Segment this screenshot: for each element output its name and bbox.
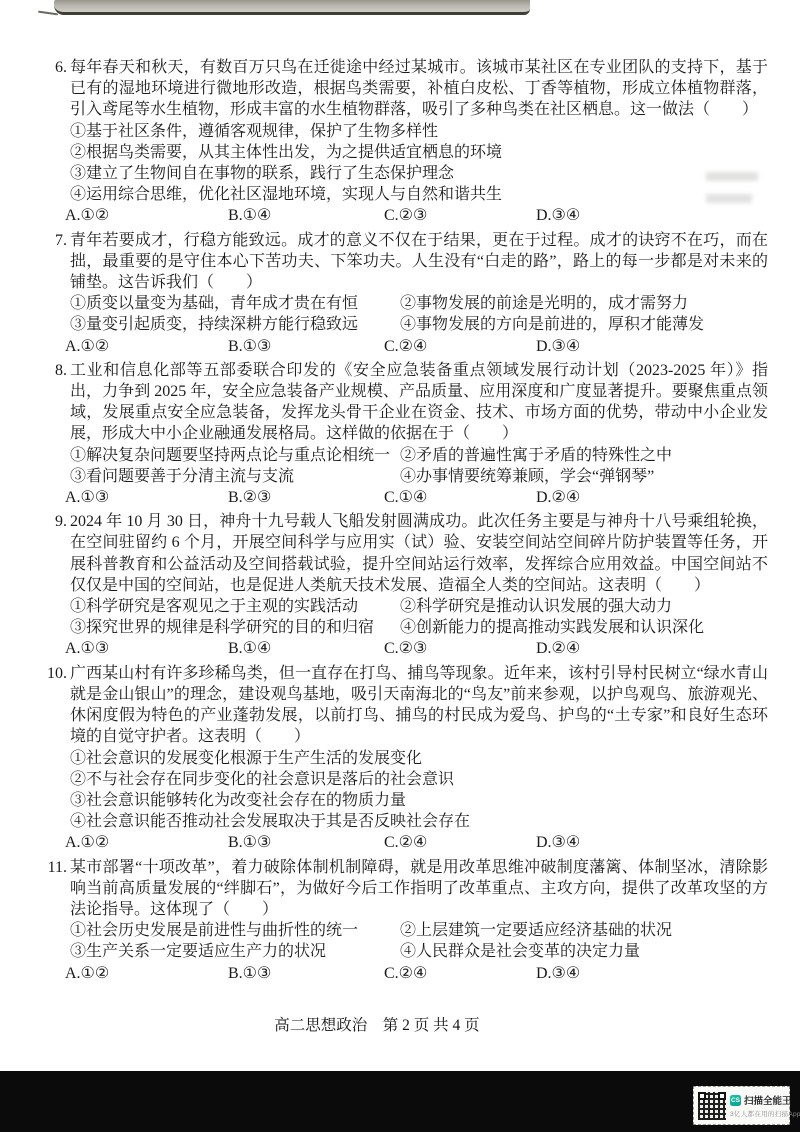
option-D: D.③④ [536,832,768,853]
statement-item: ④办事情要统筹兼顾，学会“弹钢琴” [400,466,768,487]
statement-item: ③探究世界的规律是科学研究的目的和归宿 [70,617,400,638]
statement-list: ①社会意识的发展变化根源于生产生活的发展变化②不与社会存在同步变化的社会意识是落… [70,748,768,833]
question-stem: 2024 年 10 月 30 日，神舟十九号载人飞船发射圆满成功。此次任务主要是… [70,511,768,596]
watermark-subtitle: 3亿人都在用的扫描App [730,1109,785,1118]
answer-options: A.①③B.②③C.①④D.②④ [65,487,768,508]
statement-item: ④事物发展的方向是前进的，厚积才能薄发 [400,314,768,335]
statement-item: ④运用综合思维，优化社区湿地环境，实现人与自然和谐共生 [70,184,768,205]
statement-item: ②科学研究是推动认识发展的强大动力 [400,596,768,617]
question-8: 8.工业和信息化部等五部委联合印发的《安全应急装备重点领域发展行动计划（2023… [70,360,768,508]
statement-item: ①解决复杂问题要坚持两点论与重点论相统一 [70,445,400,466]
statement-item: ③生产关系一定要适应生产力的状况 [70,941,400,962]
question-9: 9.2024 年 10 月 30 日，神舟十九号载人飞船发射圆满成功。此次任务主… [70,511,768,659]
question-number: 7. [55,230,67,251]
page-footer: 高二思想政治 第 2 页 共 4 页 [0,1013,754,1035]
question-7: 7.青年若要成才，行稳方能致远。成才的意义不仅在于结果，更在于过程。成才的诀窍不… [70,230,768,357]
option-D: D.③④ [536,205,768,226]
question-stem: 青年若要成才，行稳方能致远。成才的意义不仅在于结果，更在于过程。成才的诀窍不在巧… [70,230,768,294]
option-B: B.②③ [228,487,384,508]
statement-item: ③看问题要善于分清主流与支流 [70,466,400,487]
statement-item: ④社会意识能否推动社会发展取决于其是否反映社会存在 [70,811,768,832]
option-C: C.②④ [384,963,536,984]
question-number: 6. [55,57,67,78]
statement-item: ④创新能力的提高推动实践发展和认识深化 [400,617,768,638]
statement-item: ②上层建筑一定要适应经济基础的状况 [400,920,768,941]
scanner-edge-line [38,11,58,16]
option-D: D.③④ [536,963,768,984]
answer-options: A.①②B.①③C.②④D.③④ [65,336,768,357]
option-A: A.①② [65,832,228,853]
statement-list: ①科学研究是客观见之于主观的实践活动②科学研究是推动认识发展的强大动力③探究世界… [70,596,768,638]
answer-options: A.①②B.①④C.②③D.③④ [65,205,768,226]
statement-item: ①质变以量变为基础，青年成才贵在有恒 [70,293,400,314]
statement-item: ④人民群众是社会变革的决定力量 [400,941,768,962]
statement-list: ①社会历史发展是前进性与曲折性的统一②上层建筑一定要适应经济基础的状况③生产关系… [70,920,768,962]
option-A: A.①③ [65,638,228,659]
option-B: B.①④ [228,205,384,226]
statement-item: ①社会意识的发展变化根源于生产生活的发展变化 [70,748,768,769]
option-D: D.②④ [536,638,768,659]
qr-code-icon [698,1092,726,1120]
option-A: A.①② [65,205,228,226]
answer-options: A.①③B.①④C.②③D.②④ [65,638,768,659]
statement-item: ①社会历史发展是前进性与曲折性的统一 [70,920,400,941]
option-C: C.②④ [384,832,536,853]
option-C: C.②③ [384,638,536,659]
question-stem: 工业和信息化部等五部委联合印发的《安全应急装备重点领域发展行动计划（2023-2… [70,360,768,445]
question-number: 8. [55,360,67,381]
statement-item: ②根据鸟类需要，从其主体性出发，为之提供适宜栖息的环境 [70,142,768,163]
scanner-bottom-band: CS 扫描全能王 3亿人都在用的扫描App [0,1071,800,1132]
option-D: D.③④ [536,336,768,357]
option-B: B.①③ [228,832,384,853]
question-number: 11. [48,857,67,878]
option-B: B.①④ [228,638,384,659]
statement-list: ①基于社区条件，遵循客观规律，保护了生物多样性②根据鸟类需要，从其主体性出发，为… [70,121,768,206]
question-6: 6.每年春天和秋天，有数百万只鸟在迁徙途中经过某城市。该城市某社区在专业团队的支… [70,57,768,227]
question-stem: 广西某山村有许多珍稀鸟类，但一直存在打鸟、捕鸟等现象。近年来，该村引导村民树立“… [70,663,768,748]
ink-bleed-artifact [706,172,758,181]
option-A: A.①③ [65,487,228,508]
watermark-title: 扫描全能王 [744,1093,792,1107]
option-A: A.①② [65,963,228,984]
statement-item: ①基于社区条件，遵循客观规律，保护了生物多样性 [70,121,768,142]
question-11: 11.某市部署“十项改革”，着力破除体制机制障碍，就是用改革思维冲破制度藩篱、体… [70,857,768,984]
statement-item: ③建立了生物间自在事物的联系，践行了生态保护理念 [70,163,768,184]
option-C: C.②③ [384,205,536,226]
camscanner-logo-icon: CS [730,1095,741,1106]
statement-item: ③社会意识能够转化为改变社会存在的物质力量 [70,790,768,811]
watermark-text-block: CS 扫描全能王 3亿人都在用的扫描App [730,1093,785,1118]
statement-list: ①解决复杂问题要坚持两点论与重点论相统一②矛盾的普遍性寓于矛盾的特殊性之中③看问… [70,445,768,487]
camscanner-watermark: CS 扫描全能王 3亿人都在用的扫描App [693,1086,790,1125]
option-B: B.①③ [228,336,384,357]
ink-bleed-artifact [706,194,752,203]
statement-item: ②矛盾的普遍性寓于矛盾的特殊性之中 [400,445,768,466]
option-A: A.①② [65,336,228,357]
question-stem: 某市部署“十项改革”，着力破除体制机制障碍，就是用改革思维冲破制度藩篱、体制坚冰… [70,857,768,921]
option-D: D.②④ [536,487,768,508]
statement-item: ②不与社会存在同步变化的社会意识是落后的社会意识 [70,769,768,790]
question-number: 10. [47,663,67,684]
option-B: B.①③ [228,963,384,984]
answer-options: A.①②B.①③C.②④D.③④ [65,963,768,984]
option-C: C.①④ [384,487,536,508]
question-stem: 每年春天和秋天，有数百万只鸟在迁徙途中经过某城市。该城市某社区在专业团队的支持下… [70,57,768,121]
statement-item: ②事物发展的前途是光明的，成才需努力 [400,293,768,314]
scanner-edge-artifact [54,0,530,15]
question-10: 10.广西某山村有许多珍稀鸟类，但一直存在打鸟、捕鸟等现象。近年来，该村引导村民… [70,663,768,854]
answer-options: A.①②B.①③C.②④D.③④ [65,832,768,853]
option-C: C.②④ [384,336,536,357]
statement-list: ①质变以量变为基础，青年成才贵在有恒②事物发展的前途是光明的，成才需努力③量变引… [70,293,768,335]
question-list: 6.每年春天和秋天，有数百万只鸟在迁徙途中经过某城市。该城市某社区在专业团队的支… [70,57,768,987]
statement-item: ①科学研究是客观见之于主观的实践活动 [70,596,400,617]
statement-item: ③量变引起质变，持续深耕方能行稳致远 [70,314,400,335]
question-number: 9. [55,511,67,532]
